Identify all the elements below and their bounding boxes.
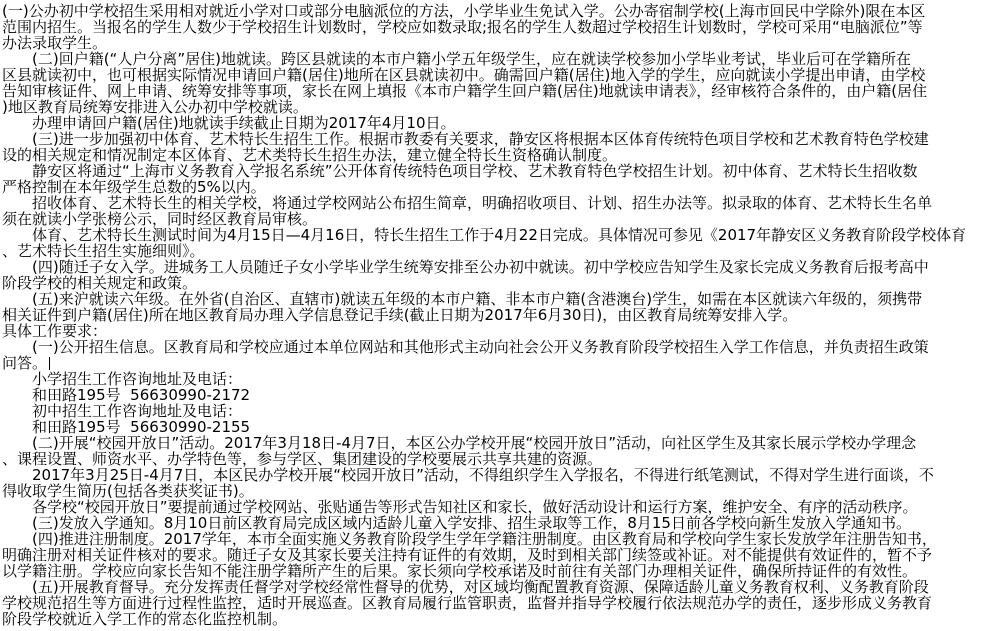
text-line: 问答。	[2, 355, 47, 371]
text-line: 具体工作要求：	[2, 323, 1006, 339]
text-line: 办理申请回户籍(居住)地就读手续截止日期为2017年4月10日。	[2, 115, 1006, 131]
text-line: 相关证件到户籍(居住)所在地区教育局办理入学信息登记手续(截止日期为2017年6…	[2, 307, 1006, 323]
text-line: 告知审核证件、网上申请、统筹安排等事项，家长在网上填报《本市户籍学生回户籍(居住…	[2, 83, 1006, 99]
text-line: 范围内招生。当报名的学生人数少于学校招生计划数时，学校应如数录取;报名的学生人数…	[2, 19, 1006, 35]
text-line: 各学校“校园开放日”要提前通过学校网站、张贴通告等形式告知社区和家长，做好活动设…	[2, 499, 1006, 515]
text-line: (三)发放入学通知。8月10日前区教育局完成区域内适龄儿童入学安排、招生录取等工…	[2, 515, 1006, 531]
text-line: 阶段学校的相关规定和政策。	[2, 275, 1006, 291]
text-line-with-cursor: 问答。	[2, 355, 1006, 371]
text-line: (五)开展教育督导。充分发挥责任督学对学校经常性督导的优势，对区域均衡配置教育资…	[2, 579, 1006, 595]
text-line: 学校规范招生等方面进行过程性监控，适时开展巡查。区教育局履行监管职责，监督并指导…	[2, 595, 1006, 611]
text-line: (二)开展“校园开放日”活动。2017年3月18日-4月7日，本区公办学校开展“…	[2, 435, 1006, 451]
text-line: 、课程设置、师资水平、办学特色等，参与学区、集团建设的学校要展示共享共建的资源。	[2, 451, 1006, 467]
text-line: 2017年3月25日-4月7日，本区民办学校开展“校园开放日”活动，不得组织学生…	[2, 467, 1006, 483]
text-line: (五)来沪就读六年级。在外省(自治区、直辖市)就读五年级的本市户籍、非本市户籍(…	[2, 291, 1006, 307]
text-line: 和田路195号 56630990-2172	[2, 387, 1006, 403]
document-body[interactable]: (一)公办初中学校招生采用相对就近小学对口或部分电脑派位的方法，小学毕业生免试入…	[0, 0, 1008, 627]
text-cursor-icon	[49, 357, 50, 370]
text-line: (二)回户籍(“人户分离”居住)地就读。跨区县就读的本市户籍小学五年级学生，应在…	[2, 51, 1006, 67]
text-line: (一)公办初中学校招生采用相对就近小学对口或部分电脑派位的方法，小学毕业生免试入…	[2, 3, 1006, 19]
text-line: 阶段学校就近入学工作的常态化监控机制。	[2, 611, 1006, 627]
text-line: 区县就读初中，也可根据实际情况申请回户籍(居住)地所在区县就读初中。确需回户籍(…	[2, 67, 1006, 83]
text-line: (四)随迁子女入学。进城务工人员随迁子女小学毕业学生统筹安排至公办初中就读。初中…	[2, 259, 1006, 275]
text-line: 严格控制在本年级学生总数的5%以内。	[2, 179, 1006, 195]
text-line: (一)公开招生信息。区教育局和学校应通过本单位网站和其他形式主动向社会公开义务教…	[2, 339, 1006, 355]
text-line: 、艺术特长生招生实施细则》。	[2, 243, 1006, 259]
text-line: 招收体育、艺术特长生的相关学校，将通过学校网站公布招生简章，明确招收项目、计划、…	[2, 195, 1006, 211]
text-line: (三)进一步加强初中体育、艺术特长生招生工作。根据市教委有关要求，静安区将根据本…	[2, 131, 1006, 147]
text-line: 静安区将通过“上海市义务教育入学报名系统”公开体育传统特色项目学校、艺术教育特色…	[2, 163, 1006, 179]
text-line: 设的相关规定和情况制定本区体育、艺术类特长生招生办法，建立健全特长生资格确认制度…	[2, 147, 1006, 163]
text-line: 小学招生工作咨询地址及电话：	[2, 371, 1006, 387]
text-line: (四)推进注册制度。2017学年，本市全面实施义务教育阶段学生学年学籍注册制度。…	[2, 531, 1006, 547]
text-line: 初中招生工作咨询地址及电话：	[2, 403, 1006, 419]
text-line: )地区教育局统筹安排进入公办初中学校就读。	[2, 99, 1006, 115]
text-line: 明确注册对相关证件核对的要求。随迁子女及其家长要关注持有证件的有效期，及时到相关…	[2, 547, 1006, 563]
text-line: 以学籍注册。学校应向家长告知不能注册学籍所产生的后果。家长须向学校承诺及时前往有…	[2, 563, 1006, 579]
text-line: 体育、艺术特长生测试时间为4月15日—4月16日，特长生招生工作于4月22日完成…	[2, 227, 1006, 243]
text-line: 得收取学生简历(包括各类获奖证书)。	[2, 483, 1006, 499]
text-line: 须在就读小学张榜公示，同时经区教育局审核。	[2, 211, 1006, 227]
text-line: 办法录取学生。	[2, 35, 1006, 51]
text-line: 和田路195号 56630990-2155	[2, 419, 1006, 435]
